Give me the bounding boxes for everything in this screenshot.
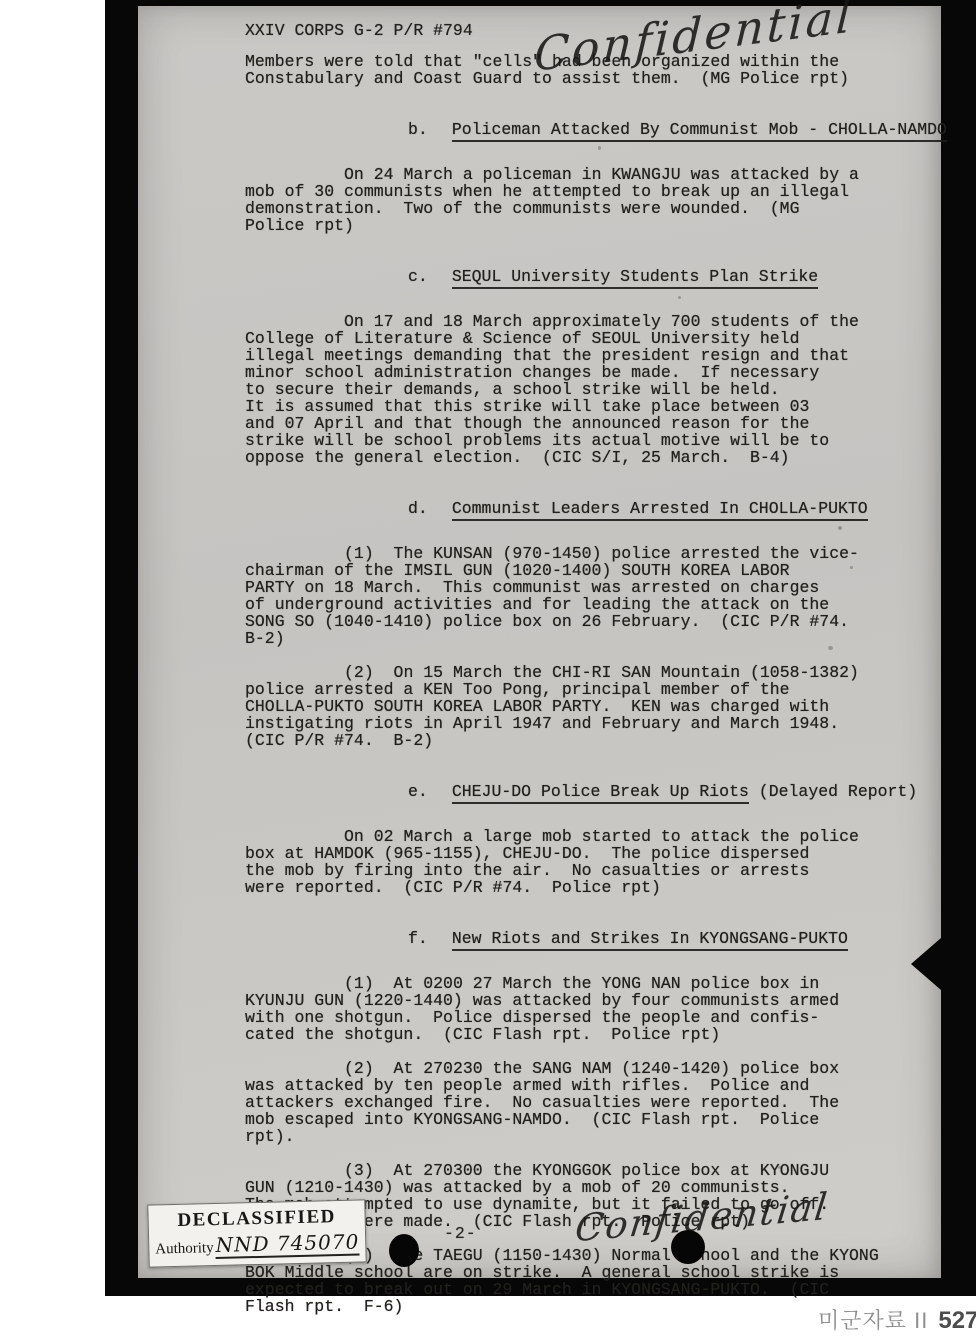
stamp-authority-label: Authority [155, 1240, 214, 1257]
punch-hole-right [671, 1230, 705, 1264]
section-f-label: f. [408, 929, 428, 948]
section-f-title: New Riots and Strikes In KYONGSANG-PUKTO [452, 929, 848, 951]
section-f-heading: f.New Riots and Strikes In KYONGSANG-PUK… [245, 913, 913, 964]
punch-hole-left [389, 1234, 419, 1267]
scan-speck [778, 1166, 782, 1169]
stamp-authority-number: NND 745070 [215, 1230, 359, 1260]
document-text-block: XXIV CORPS G-2 P/R #794 Members were tol… [245, 22, 913, 1332]
screenshot-canvas: XXIV CORPS G-2 P/R #794 Members were tol… [0, 0, 976, 1336]
scan-edge-notch [911, 938, 941, 990]
stamp-authority-line: AuthorityNND 745070 [149, 1229, 366, 1258]
section-b-paragraph: On 24 March a policeman in KWANGJU was a… [245, 166, 913, 234]
section-d-paragraph-2: (2) On 15 March the CHI-RI SAN Mountain … [245, 664, 913, 749]
declassified-stamp: DECLASSIFIED AuthorityNND 745070 [147, 1199, 366, 1267]
document-page: XXIV CORPS G-2 P/R #794 Members were tol… [138, 6, 941, 1278]
section-d-paragraph-1: (1) The KUNSAN (970-1450) police arreste… [245, 545, 913, 647]
section-d-heading: d.Communist Leaders Arrested In CHOLLA-P… [245, 483, 913, 534]
section-f-paragraph-1: (1) At 0200 27 March the YONG NAN police… [245, 975, 913, 1043]
archive-caption: 미군자료 II527 [818, 1304, 976, 1335]
archive-caption-number: 527 [938, 1307, 976, 1334]
page-number: -2- [444, 1224, 477, 1243]
scan-speck [828, 646, 833, 650]
scan-speck [850, 566, 853, 569]
section-e-label: e. [408, 782, 428, 801]
section-e-heading: e.CHEJU-DO Police Break Up Riots (Delaye… [245, 766, 913, 817]
scan-speck [598, 146, 601, 150]
section-d-label: d. [408, 499, 428, 518]
scanned-document-photo: XXIV CORPS G-2 P/R #794 Members were tol… [105, 0, 976, 1296]
section-c-heading: c.SEQUL University Students Plan Strike [245, 251, 913, 302]
section-b-title: Policeman Attacked By Communist Mob - CH… [452, 120, 947, 142]
section-c-title: SEQUL University Students Plan Strike [452, 267, 818, 289]
scan-speck [838, 526, 842, 530]
section-c-label: c. [408, 267, 428, 286]
section-b-label: b. [408, 120, 428, 139]
section-e-paragraph: On 02 March a large mob started to attac… [245, 828, 913, 896]
section-d-title: Communist Leaders Arrested In CHOLLA-PUK… [452, 499, 868, 521]
section-e-title: CHEJU-DO Police Break Up Riots [452, 782, 749, 804]
section-c-paragraph: On 17 and 18 March approximately 700 stu… [245, 313, 913, 466]
archive-caption-text: 미군자료 II [818, 1308, 928, 1333]
scan-speck [678, 296, 681, 299]
stamp-declassified-text: DECLASSIFIED [148, 1205, 364, 1232]
section-f-paragraph-2: (2) At 270230 the SANG NAM (1240-1420) p… [245, 1060, 913, 1145]
section-b-heading: b.Policeman Attacked By Communist Mob - … [245, 104, 913, 155]
section-e-title-suffix: (Delayed Report) [749, 782, 917, 801]
